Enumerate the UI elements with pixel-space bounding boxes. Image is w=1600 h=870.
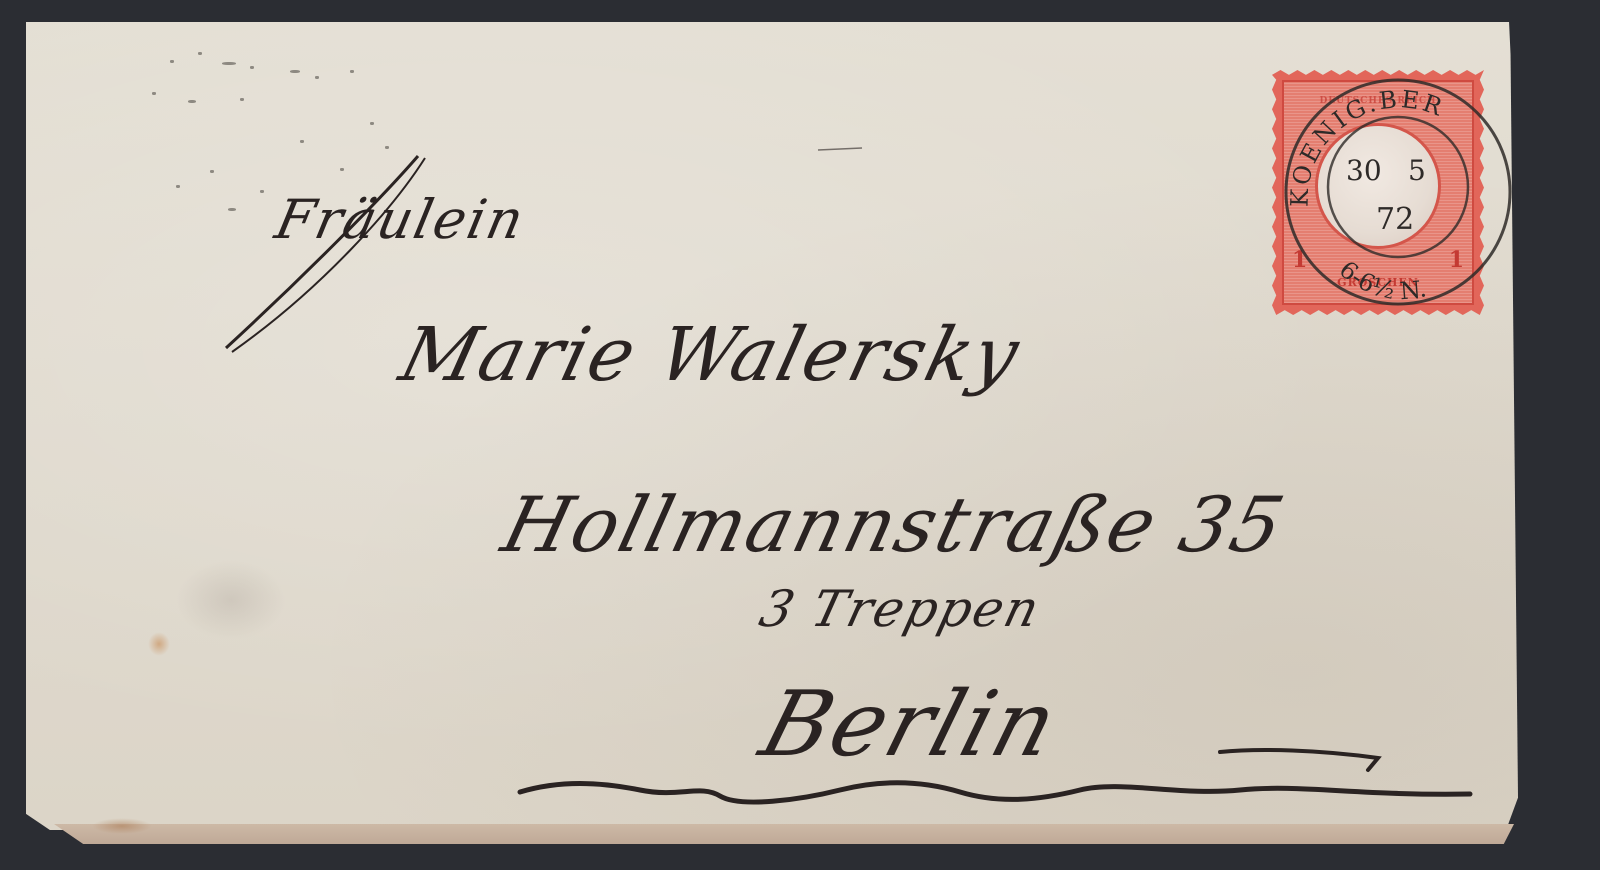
envelope-back-flap-edge <box>54 824 1514 844</box>
postmark-month: 5 <box>1408 154 1426 187</box>
address-street: Hollmannstraße 35 <box>494 480 1294 569</box>
address-city: Berlin <box>750 672 1070 777</box>
postmark-day: 30 <box>1346 154 1382 187</box>
paper-stain <box>176 560 286 640</box>
foxing-spot <box>92 818 152 834</box>
svg-text:6-6½ N.: 6-6½ N. <box>1334 255 1429 305</box>
postmark-year: 72 <box>1376 202 1414 237</box>
address-salutation: Fräulein <box>270 188 531 251</box>
foxing-spot <box>148 632 170 656</box>
svg-text:KOENIG.BER: KOENIG.BER <box>1285 85 1448 207</box>
address-floor: 3 Treppen <box>754 580 1047 638</box>
postmark-rings: KOENIG.BER 6-6½ N. <box>1278 72 1518 312</box>
address-recipient: Marie Walersky <box>392 312 1029 398</box>
circular-postmark: KOENIG.BER 6-6½ N. 30 5 72 <box>1278 72 1518 312</box>
photo-scene: DEUTSCHES REICH 1 1 GROSCHEN KOENIG.BER … <box>0 0 1600 870</box>
